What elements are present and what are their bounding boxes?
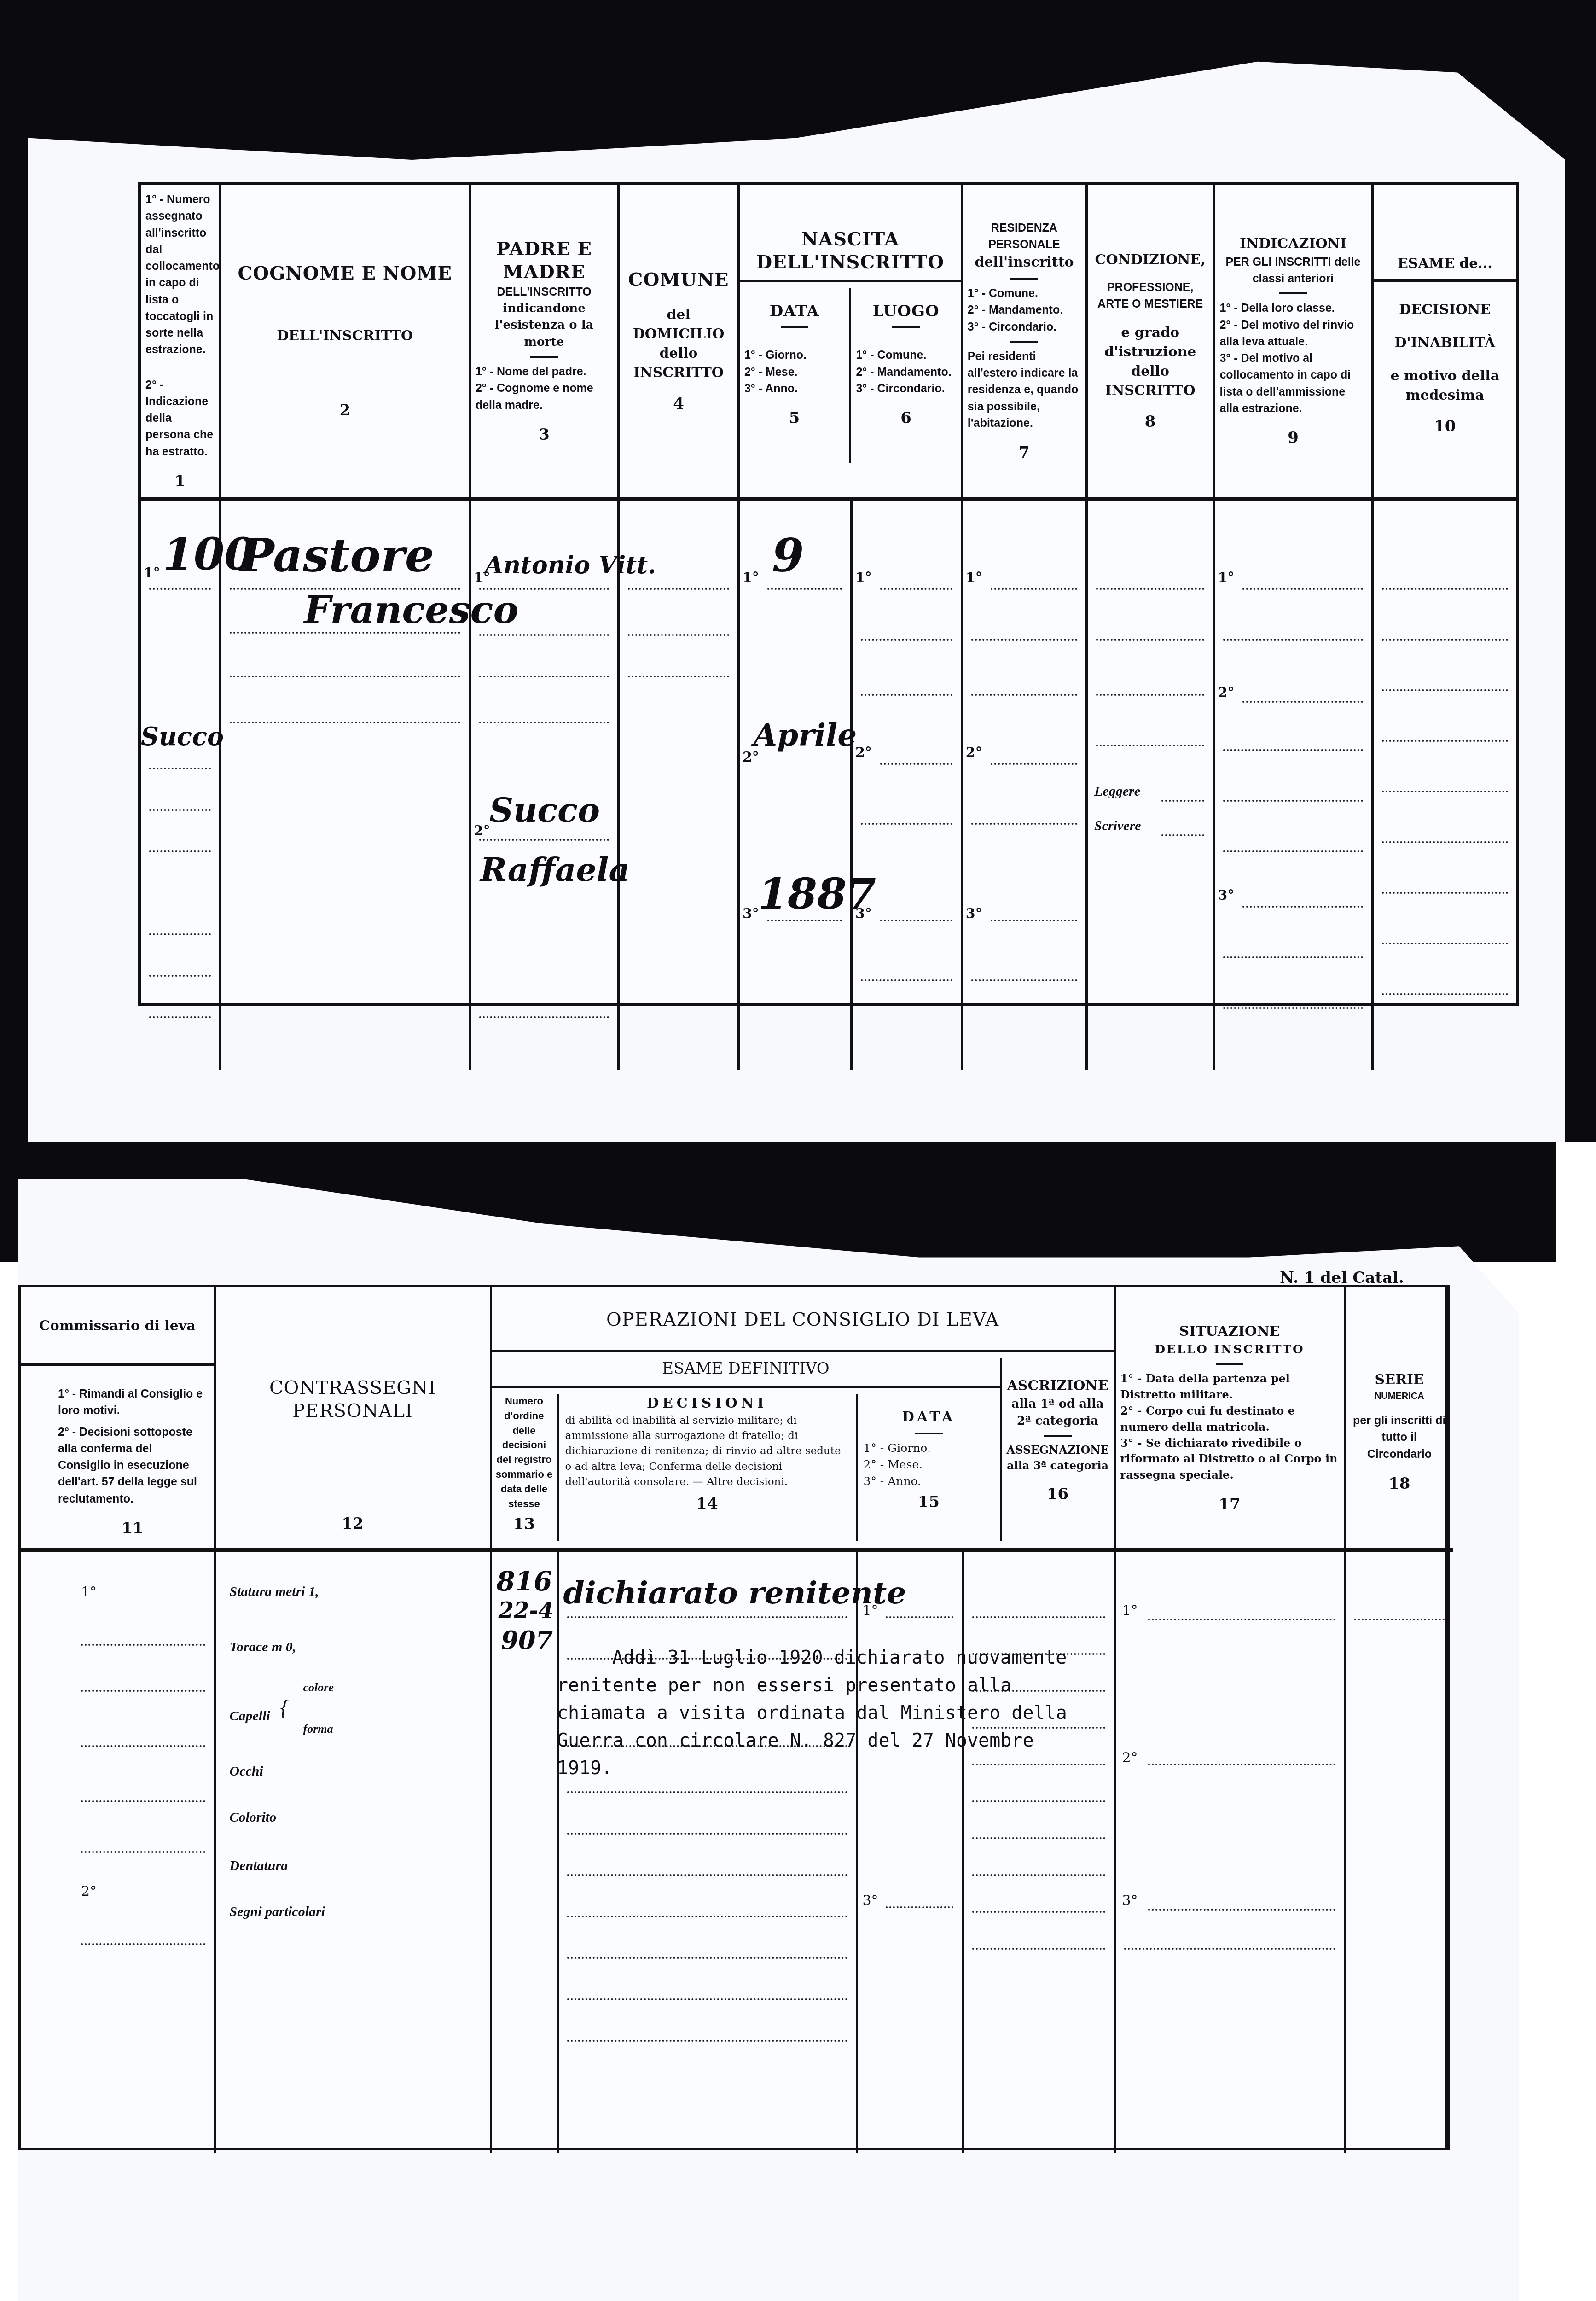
cell-col-9-indications[interactable]: 1° 2° 3° [1214,499,1372,1070]
birth-month: Aprile [754,717,857,753]
label-dentatura: Dentatura [230,1858,288,1874]
col-header-18: SERIE NUMERICA per gli inscritti di tutt… [1345,1287,1453,1550]
cell-col-11[interactable]: 1° 2° [21,1550,215,2153]
col-header-10: ESAME de... DECISIONE D'INABILITÀ e moti… [1372,185,1516,499]
surname: Pastore [240,528,435,583]
birth-day: 9 [772,528,804,583]
col-header-14: DECISIONI di abilità od inabilità al ser… [559,1394,858,1541]
col-header-15: DATA 1° - Giorno. 2° - Mese. 3° - Anno. … [858,1394,1000,1541]
cell-col-13-order-number[interactable]: 816 22-4 907 [491,1550,557,2153]
catalog-reference: N. 1 del Catal. [1280,1269,1404,1287]
label-statura: Statura metri 1, [230,1584,319,1600]
col-header-7: RESIDENZA PERSONALE dell'inscritto 1° - … [962,185,1086,499]
col-header-6: LUOGO 1° - Comune. 2° - Mandamento. 3° -… [851,288,960,463]
decision-number: 816 [497,1566,552,1597]
write-label: Scrivere [1094,818,1141,834]
cell-col-4-domicile[interactable] [619,499,739,1070]
cell-col-5-birth-date[interactable]: 1° 9 2° Aprile 3° 1887 [738,499,851,1070]
col-header-12: CONTRASSEGNI PERSONALI 12 [215,1287,491,1550]
cell-col-12-personal-marks[interactable]: Statura metri 1, Torace m 0, Capelli { c… [215,1550,491,2153]
cell-col-6-birth-place[interactable]: 1° 2° 3° [851,499,962,1070]
col-header-9: INDICAZIONI PER GLI INSCRITTI delle clas… [1214,185,1372,499]
cell-col-1[interactable]: 1° 100 Succo [141,499,220,1070]
col-header-2: COGNOME E NOME DELL'INSCRITTO 2 [220,185,470,499]
col-header-operations-group: OPERAZIONI DEL CONSIGLIO DI LEVA ESAME D… [491,1287,1114,1550]
col-header-4: COMUNE del DOMICILIO dello INSCRITTO 4 [619,185,739,499]
upper-register-table: 1° - Numero assegnato all'inscritto dal … [138,182,1519,1006]
decision-date: 22-4 [499,1598,554,1624]
decision-year: 907 [501,1625,553,1655]
label-capelli: Capelli [230,1708,270,1724]
read-label: Leggere [1094,784,1140,799]
col-header-1: 1° - Numero assegnato all'inscritto dal … [141,185,220,499]
cell-col-2-name[interactable]: Pastore Francesco [220,499,470,1070]
decision-renitent: dichiarato renitente [563,1575,906,1611]
label-capelli-forma: forma [303,1722,333,1736]
mother-surname: Succo [489,791,600,830]
cell-col-16-ascription[interactable] [963,1550,1114,2153]
label-segni-particolari: Segni particolari [230,1904,325,1920]
cell-col-18-series[interactable] [1345,1550,1453,2153]
label-occhi: Occhi [230,1764,263,1779]
mother-name: Raffaela [480,850,630,889]
col-header-16: ASCRIZIONE alla 1ª od alla 2ª categoria … [1000,1358,1114,1541]
typed-renitence-note: Addì 31 Luglio 1920 dichiarato nuovament… [557,1644,1091,1782]
label-torace: Torace m 0, [230,1639,296,1655]
extractor-name: Succo [141,722,224,751]
cell-col-10-decision[interactable] [1372,499,1516,1070]
label-capelli-colore: colore [303,1681,334,1695]
cell-col-15-date[interactable]: 1° 3° [857,1550,963,2153]
cell-col-3-parents[interactable]: 1° Antonio Vitt. 2° Succo Raffaela [470,499,618,1070]
col-header-11: Commissario di leva 1° - Rimandi al Cons… [21,1287,215,1550]
col-header-8: CONDIZIONE, PROFESSIONE, ARTE O MESTIERE… [1087,185,1214,499]
cell-col-17-situation[interactable]: 1° 2° 3° [1114,1550,1345,2153]
cell-col-8-condition[interactable]: Leggere Scrivere [1087,499,1214,1070]
cell-col-14-decisions[interactable]: dichiarato renitente [557,1550,857,2153]
col-header-3: PADRE E MADRE DELL'INSCRITTO indicandone… [470,185,618,499]
col-header-5: DATA 1° - Giorno. 2° - Mese. 3° - Anno. … [740,288,851,463]
cell-col-7-residence[interactable]: 1° 2° 3° [962,499,1086,1070]
col-header-17: SITUAZIONE DELLO INSCRITTO 1° - Data del… [1114,1287,1345,1550]
label-colorito: Colorito [230,1810,277,1825]
col-header-13: Numero d'ordine delle decisioni del regi… [492,1394,559,1541]
col-header-nascita: NASCITA DELL'INSCRITTO DATA 1° - Giorno.… [738,185,962,499]
